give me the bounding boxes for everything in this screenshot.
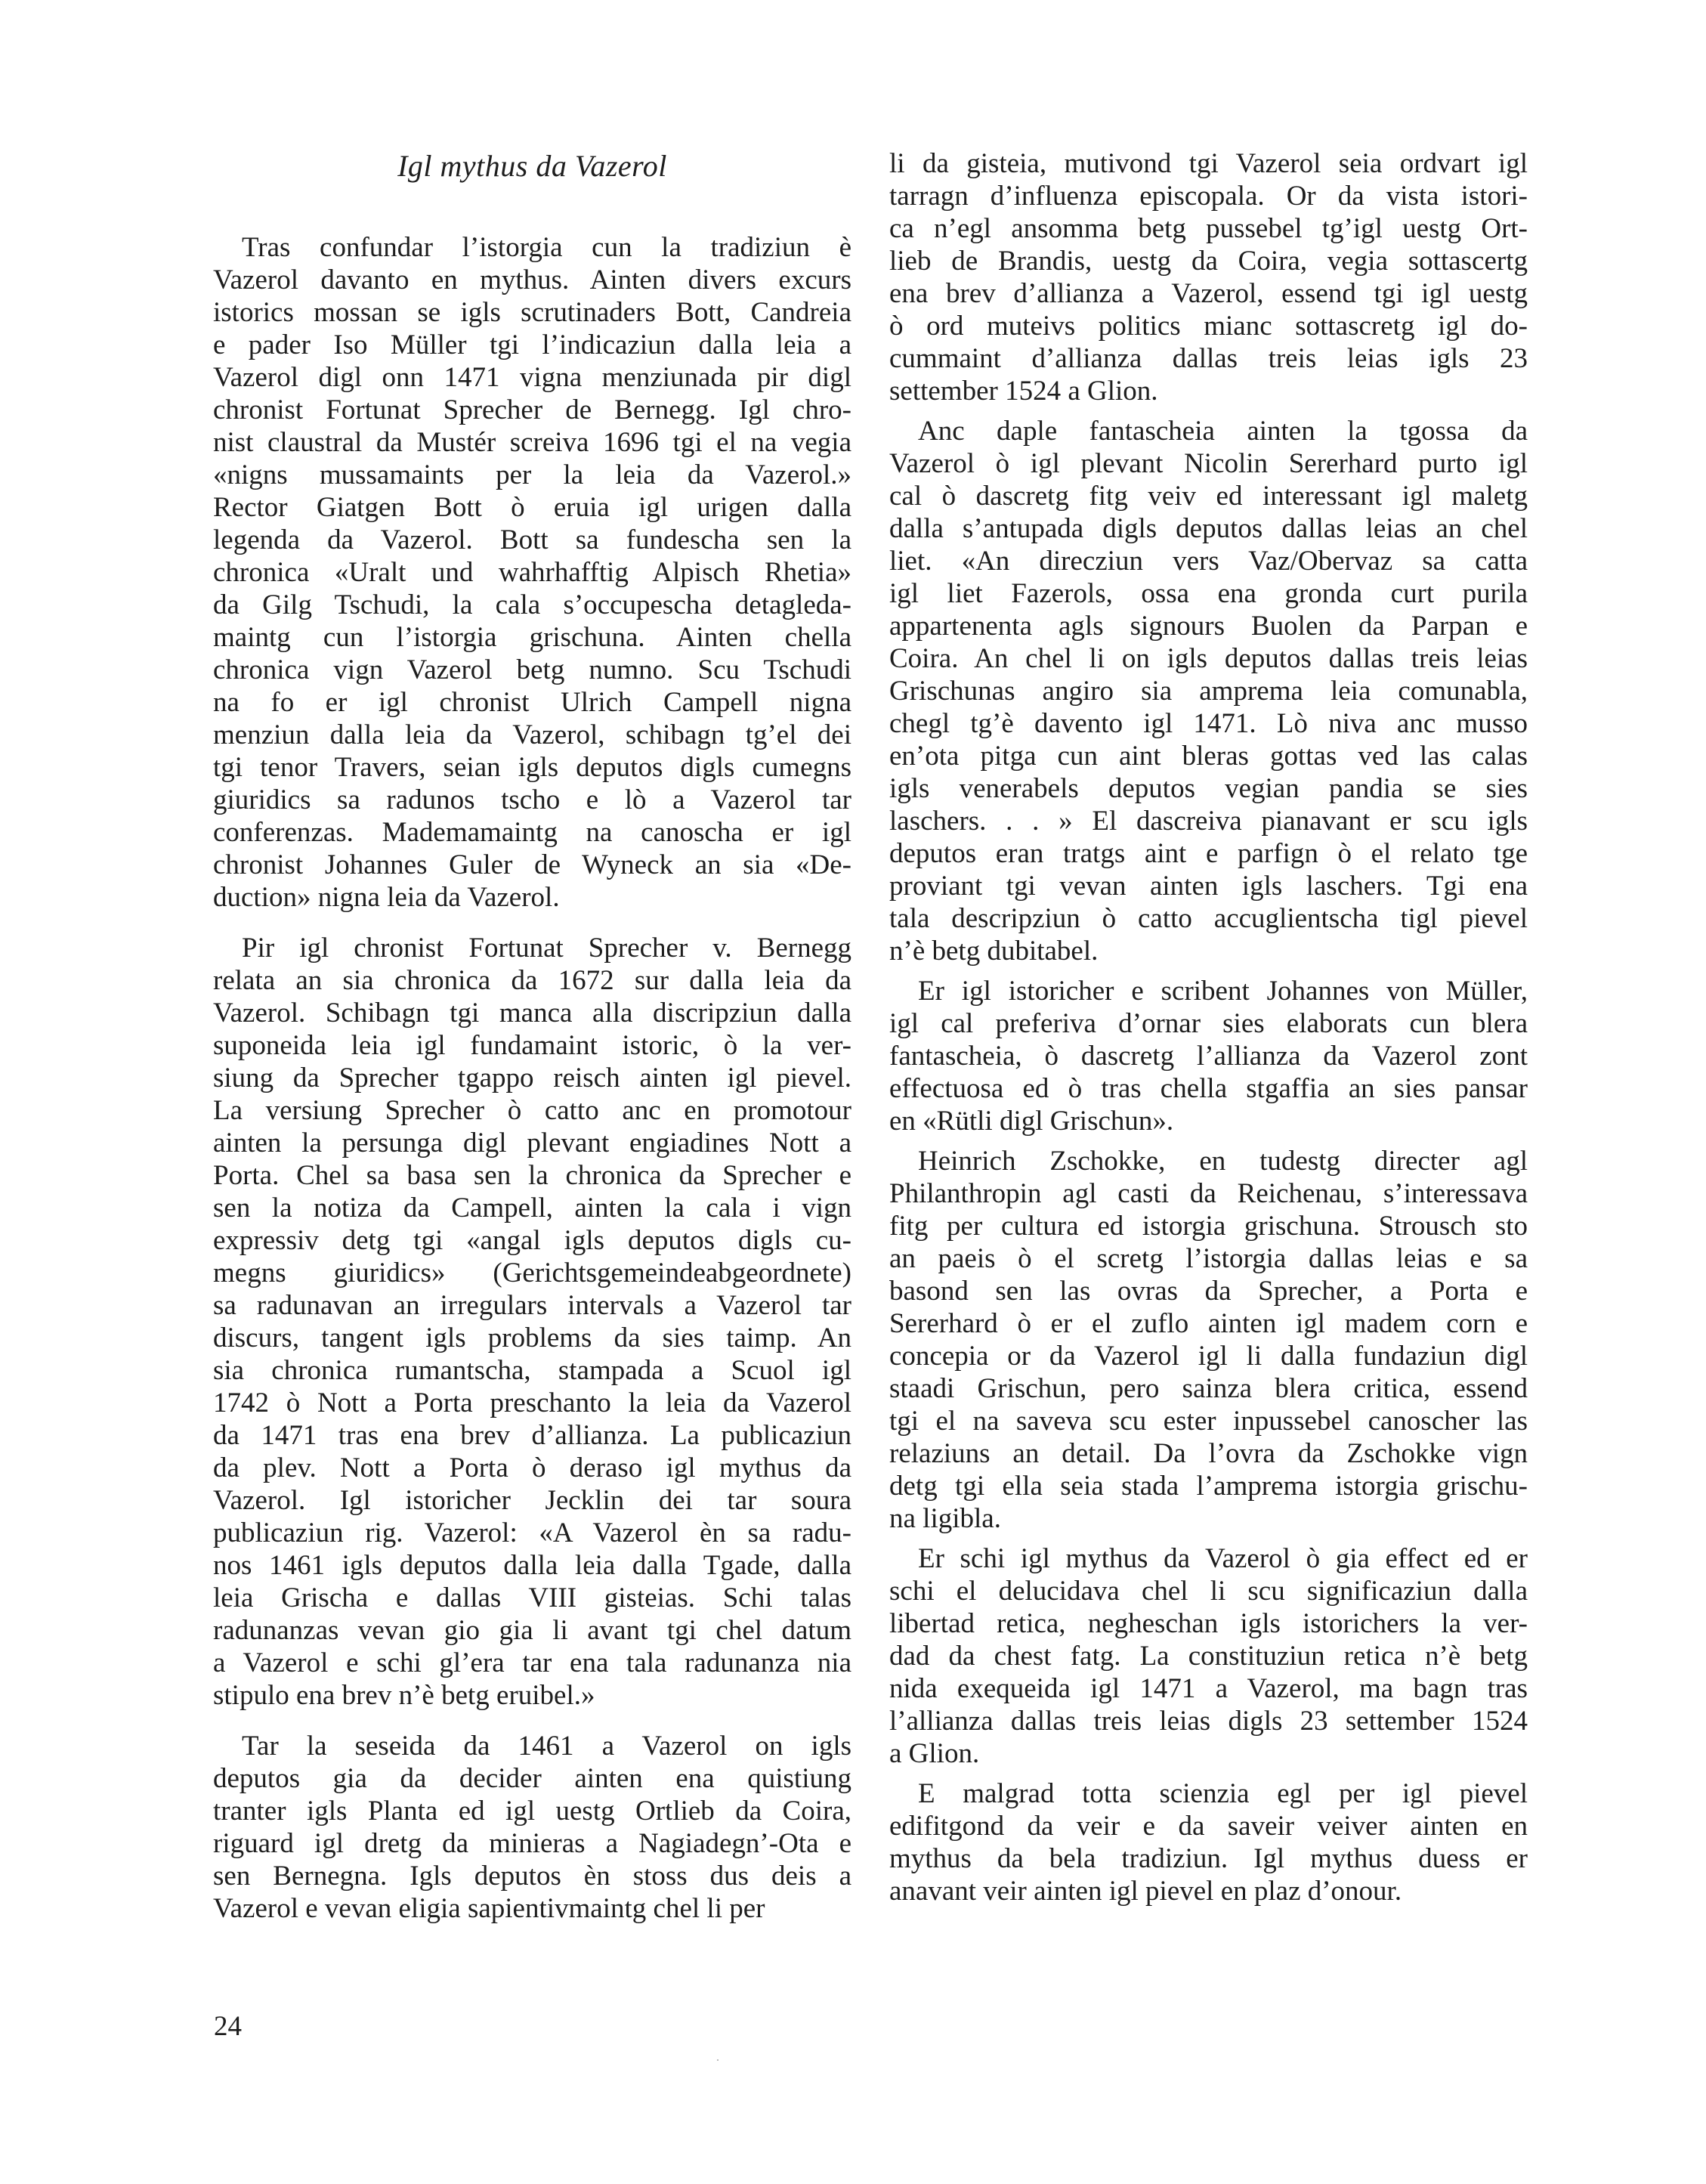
- text-line: Vazerol davanto en mythus. Ainten divers…: [213, 264, 851, 296]
- text-line: libertad retica, negheschan igls istoric…: [889, 1607, 1528, 1640]
- text-line: relaziuns an detail. Da l’ovra da Zschok…: [889, 1437, 1528, 1470]
- text-line: settember 1524 a Glion.: [889, 375, 1528, 407]
- text-line: Rector Giatgen Bott ò eruia igl urigen d…: [213, 491, 851, 524]
- text-line: sen la notiza da Campell, ainten la cala…: [213, 1192, 851, 1224]
- text-line: Tras confundar l’istorgia cun la tradizi…: [213, 231, 851, 264]
- text-line: dalla s’antupada digls deputos dallas le…: [889, 512, 1528, 545]
- text-line: anavant veir ainten igl pievel en plaz d…: [889, 1875, 1528, 1907]
- text-line: Sererhard ò er el zuflo ainten igl madem…: [889, 1307, 1528, 1340]
- text-line: sa radunavan an irregulars intervals a V…: [213, 1289, 851, 1322]
- text-line: l’allianza dallas treis leias digls 23 s…: [889, 1705, 1528, 1737]
- paragraph: Tras confundar l’istorgia cun la tradizi…: [213, 231, 851, 914]
- text-line: li da gisteia, mutivond tgi Vazerol seia…: [889, 147, 1528, 180]
- text-line: schi el delucidava chel li scu significa…: [889, 1575, 1528, 1607]
- text-line: chronica vign Vazerol betg numno. Scu Ts…: [213, 654, 851, 686]
- text-line: tarragn d’influenza episcopala. Or da vi…: [889, 180, 1528, 212]
- text-line: ainten la persunga digl plevant engiadin…: [213, 1127, 851, 1159]
- text-line: igls venerabels deputos vegian pandia se…: [889, 772, 1528, 805]
- text-line: Pir igl chronist Fortunat Sprecher v. Be…: [213, 932, 851, 964]
- text-line: deputos eran tratgs aint e parfign ò el …: [889, 837, 1528, 870]
- text-line: Vazerol e vevan eligia sapientivmaintg c…: [213, 1892, 851, 1925]
- text-line: siung da Sprecher tgappo reisch ainten i…: [213, 1062, 851, 1094]
- text-line: edifitgond da veir e da saveir veiver ai…: [889, 1810, 1528, 1842]
- paragraph: Er igl istoricher e scribent Johannes vo…: [889, 975, 1528, 1137]
- text-line: menziun dalla leia da Vazerol, schibagn …: [213, 719, 851, 751]
- text-line: chronist Johannes Guler de Wyneck an sia…: [213, 849, 851, 881]
- text-line: mythus da bela tradiziun. Igl mythus due…: [889, 1842, 1528, 1875]
- text-line: publicaziun rig. Vazerol: «A Vazerol èn …: [213, 1517, 851, 1549]
- text-line: deputos gia da decider ainten ena quisti…: [213, 1762, 851, 1795]
- text-line: Vazerol ò igl plevant Nicolin Sererhard …: [889, 447, 1528, 480]
- text-line: nist claustral da Mustér screiva 1696 tg…: [213, 426, 851, 459]
- text-line: e pader Iso Müller tgi l’indicaziun dall…: [213, 329, 851, 361]
- text-line: da Gilg Tschudi, la cala s’occupescha de…: [213, 589, 851, 621]
- text-line: giuridics sa radunos tscho e lò a Vazero…: [213, 784, 851, 816]
- text-line: da plev. Nott a Porta ò deraso igl mythu…: [213, 1452, 851, 1484]
- text-line: Vazerol. Igl istoricher Jecklin dei tar …: [213, 1484, 851, 1517]
- text-line: leia Grischa e dallas VIII gisteias. Sch…: [213, 1582, 851, 1614]
- text-line: Heinrich Zschokke, en tudestg directer a…: [889, 1145, 1528, 1177]
- text-line: stipulo ena brev n’è betg eruibel.»: [213, 1679, 851, 1712]
- text-line: na ligibla.: [889, 1502, 1528, 1535]
- text-line: tgi tenor Travers, seian igls deputos di…: [213, 751, 851, 784]
- text-line: Grischunas angiro sia amprema leia comun…: [889, 675, 1528, 707]
- text-line: Anc daple fantascheia ainten la tgossa d…: [889, 415, 1528, 447]
- text-line: liet. «An direcziun vers Vaz/Obervaz sa …: [889, 545, 1528, 577]
- text-line: a Glion.: [889, 1737, 1528, 1770]
- paragraph: li da gisteia, mutivond tgi Vazerol seia…: [889, 147, 1528, 407]
- text-line: concepia or da Vazerol igl li dalla fund…: [889, 1340, 1528, 1372]
- text-line: ca n’egl ansomma betg pussebel tg’igl ue…: [889, 212, 1528, 245]
- text-line: n’è betg dubitabel.: [889, 935, 1528, 967]
- text-line: Philanthropin agl casti da Reichenau, s’…: [889, 1177, 1528, 1210]
- text-line: na fo er igl chronist Ulrich Campell nig…: [213, 686, 851, 719]
- text-line: Er schi igl mythus da Vazerol ò gia effe…: [889, 1542, 1528, 1575]
- text-line: radunanzas vevan gio gia li avant tgi ch…: [213, 1614, 851, 1647]
- text-line: Er igl istoricher e scribent Johannes vo…: [889, 975, 1528, 1007]
- text-line: «nigns mussamaints per la leia da Vazero…: [213, 459, 851, 491]
- paragraph: Tar la seseida da 1461 a Vazerol on igls…: [213, 1730, 851, 1925]
- text-line: nida exequeida igl 1471 a Vazerol, ma ba…: [889, 1672, 1528, 1705]
- text-line: da 1471 tras ena brev d’allianza. La pub…: [213, 1419, 851, 1452]
- page-title: Igl mythus da Vazerol: [213, 148, 851, 184]
- text-line: expressiv detg tgi «angal igls deputos d…: [213, 1224, 851, 1257]
- paragraph: Er schi igl mythus da Vazerol ò gia effe…: [889, 1542, 1528, 1770]
- text-line: igl cal preferiva d’ornar sies elaborats…: [889, 1007, 1528, 1040]
- text-line: an paeis ò el scretg l’istorgia dallas l…: [889, 1242, 1528, 1275]
- page-number: 24: [214, 2010, 242, 2043]
- text-line: nos 1461 igls deputos dalla leia dalla T…: [213, 1549, 851, 1582]
- text-line: suponeida leia igl fundamaint istoric, ò…: [213, 1029, 851, 1062]
- text-line: effectuosa ed ò tras chella stgaffia an …: [889, 1072, 1528, 1105]
- text-line: tgi el na saveva scu ester inpussebel ca…: [889, 1405, 1528, 1437]
- text-line: istorics mossan se igls scrutinaders Bot…: [213, 296, 851, 329]
- text-line: Coira. An chel li on igls deputos dallas…: [889, 642, 1528, 675]
- paragraph: Pir igl chronist Fortunat Sprecher v. Be…: [213, 932, 851, 1712]
- text-line: Porta. Chel sa basa sen la chronica da S…: [213, 1159, 851, 1192]
- text-line: 1742 ò Nott a Porta preschanto la leia d…: [213, 1387, 851, 1419]
- text-line: tala descripziun ò catto accuglientscha …: [889, 902, 1528, 935]
- text-line: La versiung Sprecher ò catto anc en prom…: [213, 1094, 851, 1127]
- text-line: chronica «Uralt und wahrhafftig Alpisch …: [213, 556, 851, 589]
- text-line: appartenenta agls signours Buolen da Par…: [889, 610, 1528, 642]
- text-line: ena brev d’allianza a Vazerol, essend tg…: [889, 277, 1528, 310]
- text-line: laschers. . . » El dascreiva pianavant e…: [889, 805, 1528, 837]
- text-line: proviant tgi vevan ainten igls laschers.…: [889, 870, 1528, 902]
- text-line: legenda da Vazerol. Bott sa fundescha se…: [213, 524, 851, 556]
- text-line: E malgrad totta scienzia egl per igl pie…: [889, 1777, 1528, 1810]
- text-line: en’ota pitga cun aint bleras gottas ved …: [889, 740, 1528, 772]
- text-line: ò ord muteivs politics mianc sottascretg…: [889, 310, 1528, 342]
- text-line: sia chronica rumantscha, stampada a Scuo…: [213, 1354, 851, 1387]
- text-line: cal ò dascretg fitg veiv ed interessant …: [889, 480, 1528, 512]
- text-line: Tar la seseida da 1461 a Vazerol on igls: [213, 1730, 851, 1762]
- text-line: cummaint d’allianza dallas treis leias i…: [889, 342, 1528, 375]
- paragraph: Anc daple fantascheia ainten la tgossa d…: [889, 415, 1528, 967]
- text-line: basond sen las ovras da Sprecher, a Port…: [889, 1275, 1528, 1307]
- text-line: discurs, tangent igls problems da sies t…: [213, 1322, 851, 1354]
- scan-speck: [717, 2059, 719, 2061]
- text-line: detg tgi ella seia stada l’amprema istor…: [889, 1470, 1528, 1502]
- text-line: a Vazerol e schi gl’era tar ena tala rad…: [213, 1647, 851, 1679]
- paragraph: Heinrich Zschokke, en tudestg directer a…: [889, 1145, 1528, 1535]
- right-column: li da gisteia, mutivond tgi Vazerol seia…: [889, 147, 1528, 1915]
- text-line: fitg per cultura ed istorgia grischuna. …: [889, 1210, 1528, 1242]
- paragraph: E malgrad totta scienzia egl per igl pie…: [889, 1777, 1528, 1907]
- text-line: sen Bernegna. Igls deputos èn stoss dus …: [213, 1860, 851, 1892]
- text-line: chegl tg’è davento igl 1471. Lò niva anc…: [889, 707, 1528, 740]
- text-line: chronist Fortunat Sprecher de Bernegg. I…: [213, 394, 851, 426]
- text-line: megns giuridics» (Gerichtsgemeindeabgeor…: [213, 1257, 851, 1289]
- text-line: Vazerol. Schibagn tgi manca alla discrip…: [213, 997, 851, 1029]
- left-column: Tras confundar l’istorgia cun la tradizi…: [213, 231, 851, 1943]
- text-line: riguard igl dretg da minieras a Nagiadeg…: [213, 1827, 851, 1860]
- text-line: igl liet Fazerols, ossa ena gronda curt …: [889, 577, 1528, 610]
- text-line: dad da chest fatg. La constituziun retic…: [889, 1640, 1528, 1672]
- text-line: conferenzas. Mademamaintg na canoscha er…: [213, 816, 851, 849]
- text-line: lieb de Brandis, uestg da Coira, vegia s…: [889, 245, 1528, 277]
- text-line: relata an sia chronica da 1672 sur dalla…: [213, 964, 851, 997]
- text-line: Vazerol digl onn 1471 vigna menziunada p…: [213, 361, 851, 394]
- text-line: maintg cun l’istorgia grischuna. Ainten …: [213, 621, 851, 654]
- text-line: tranter igls Planta ed igl uestg Ortlieb…: [213, 1795, 851, 1827]
- text-line: fantascheia, ò dascretg l’allianza da Va…: [889, 1040, 1528, 1072]
- text-line: staadi Grischun, pero sainza blera criti…: [889, 1372, 1528, 1405]
- text-line: en «Rütli digl Grischun».: [889, 1105, 1528, 1137]
- text-line: duction» nigna leia da Vazerol.: [213, 881, 851, 914]
